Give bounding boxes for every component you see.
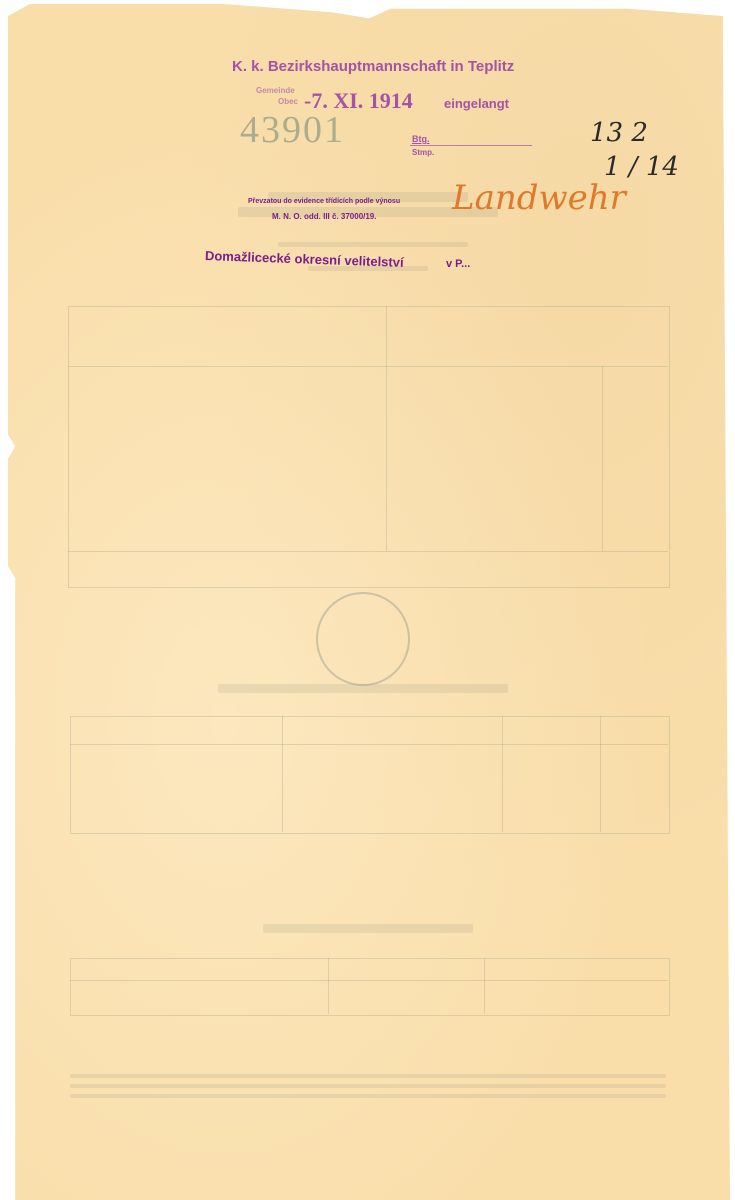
office-header-stamp: K. k. Bezirkshauptmannschaft in Teplitz: [232, 58, 514, 75]
faint-footnote: [70, 1074, 666, 1078]
faint-table-1-hrule: [68, 366, 668, 367]
faint-footnote: [70, 1094, 666, 1098]
faint-table-1: [68, 306, 670, 588]
registry-field-btg: Btg.: [412, 134, 430, 144]
faint-table-3: [70, 958, 670, 1016]
district-command-suffix: v P...: [446, 258, 470, 270]
faint-table-2-vrule: [600, 716, 601, 832]
handwritten-fraction-top: 13 2: [590, 118, 648, 148]
faint-table-3-vrule: [328, 958, 329, 1014]
field-label-gemeinde: Gemeinde: [256, 86, 295, 95]
field-label-obec: Obec: [278, 97, 298, 106]
faint-table-2: [70, 716, 670, 834]
handwritten-fraction-bottom: 1 / 14: [604, 152, 679, 182]
registry-number: 43901: [240, 108, 345, 152]
faint-heading: [278, 242, 468, 247]
faint-table-1-vrule: [602, 366, 603, 551]
faint-round-seal: [316, 592, 410, 686]
registry-rule: [410, 145, 532, 146]
faint-table-1-hrule: [68, 551, 668, 552]
faint-table-2-vrule: [502, 716, 503, 832]
faint-table-1-vrule: [386, 306, 387, 551]
registry-field-stmp: Stmp.: [412, 148, 434, 157]
faint-table-2-hrule: [70, 744, 668, 745]
faint-section-title: [263, 924, 473, 933]
faint-table-3-hrule: [70, 980, 668, 981]
received-word: eingelangt: [444, 96, 509, 111]
evidence-stamp-line1: Převzatou do evidence třídících podle vý…: [248, 198, 400, 205]
faint-table-3-vrule: [484, 958, 485, 1014]
handwritten-category: Landwehr: [452, 178, 626, 218]
evidence-stamp-line2: M. N. O. odd. III č. 37000/19.: [272, 212, 376, 221]
faint-footnote: [70, 1084, 666, 1088]
faint-table-2-vrule: [282, 716, 283, 832]
